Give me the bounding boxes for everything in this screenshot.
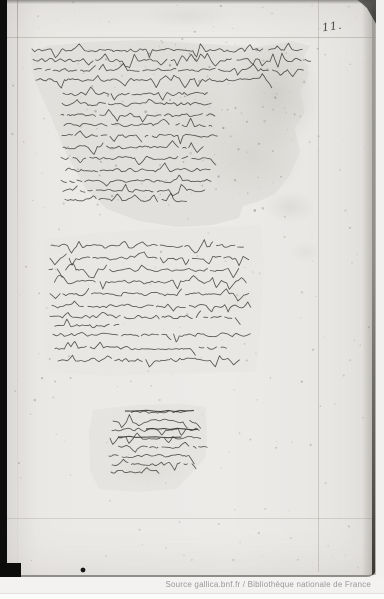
spine-gutter-strip (0, 0, 7, 577)
source-banner-text: Source gallica.bnf.fr / Bibliothèque nat… (165, 580, 371, 589)
page-right-edge-line (372, 0, 375, 575)
middle-fragment-ink (49, 240, 251, 367)
manuscript-scan: 11. Source gallica.bnf.fr / Bibliothèque… (0, 0, 384, 599)
ink-blot (81, 568, 86, 573)
page-scan: 11. (7, 0, 376, 577)
top-fragment-ink (32, 43, 311, 202)
footer-strip (0, 593, 384, 599)
bottom-fragment-ink (109, 410, 207, 473)
spine-bottom-corner (0, 563, 21, 577)
gallica-source-banner: Source gallica.bnf.fr / Bibliothèque nat… (0, 577, 384, 593)
handwriting-ink-layer (7, 0, 376, 575)
